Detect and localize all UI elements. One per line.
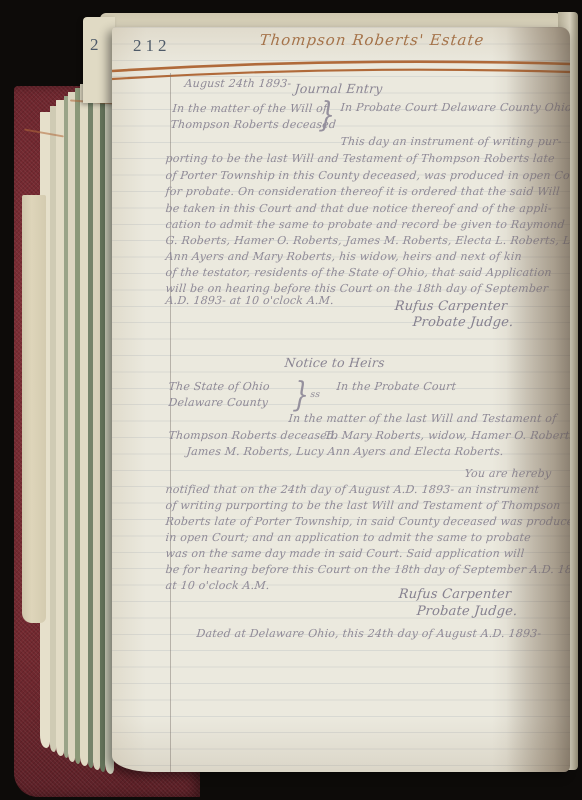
matter-left-line2: Thompson Roberts deceased: [170, 118, 337, 131]
handwritten-line: be taken in this Court and that due noti…: [165, 202, 552, 215]
dated-line: Dated at Delaware Ohio, this 24th day of…: [196, 627, 542, 640]
handwritten-line: Ann Ayers and Mary Roberts, his widow, h…: [165, 250, 522, 263]
handwritten-line: in open Court; and an application to adm…: [165, 531, 531, 544]
page-edge: [56, 100, 64, 756]
signature-name: Rufus Carpenter: [394, 299, 508, 314]
page-number: 212: [133, 36, 171, 56]
notice-matter-line2: Thompson Roberts deceased.: [168, 429, 338, 442]
handwritten-line: of writing purporting to be the last Wil…: [165, 499, 561, 512]
addressees-line2: James M. Roberts, Lucy Ann Ayers and Ele…: [186, 445, 504, 458]
venue-line1: The State of Ohio: [168, 380, 270, 393]
header-double-rule: [112, 55, 570, 81]
handwritten-line: porting to be the last Will and Testamen…: [165, 152, 555, 165]
ledger-page: 212 Thompson Roberts' Estate August 24th…: [112, 27, 570, 772]
journal-heading: Journal Entry: [294, 81, 383, 96]
notice-heading: Notice to Heirs: [284, 355, 385, 370]
handwritten-line: was on the same day made in said Court. …: [165, 547, 525, 560]
signature-name: Rufus Carpenter: [398, 587, 512, 602]
handwritten-line: notified that on the 24th day of August …: [165, 483, 540, 496]
binding-gutter-shadow: [506, 27, 570, 772]
page-number-behind: 2: [90, 35, 102, 55]
handwritten-line: at 10 o'clock A.M.: [165, 579, 270, 592]
page-behind-corner: 2: [83, 17, 115, 103]
signature-title: Probate Judge.: [416, 604, 518, 619]
page-edge: [80, 84, 88, 766]
handwritten-line: for probate. On consideration thereof it…: [165, 185, 560, 198]
venue-brace: }: [292, 375, 310, 415]
signature-title: Probate Judge.: [412, 315, 514, 330]
venue-ss: ss: [310, 390, 321, 400]
venue-line2: Delaware County: [168, 396, 269, 409]
handwritten-line: A.D. 1893- at 10 o'clock A.M.: [165, 294, 334, 307]
matter-left-line1: In the matter of the Will of: [172, 102, 328, 115]
page-edge: [68, 92, 75, 762]
notice-court: In the Probate Court: [336, 380, 457, 393]
page-edge-wide: [22, 195, 46, 623]
journal-date: August 24th 1893-: [184, 77, 292, 90]
page-title: Thompson Roberts' Estate: [231, 31, 513, 49]
page-edge: [93, 77, 100, 770]
matter-brace: }: [318, 95, 336, 135]
handwritten-line: of the testator, residents of the State …: [165, 266, 552, 279]
